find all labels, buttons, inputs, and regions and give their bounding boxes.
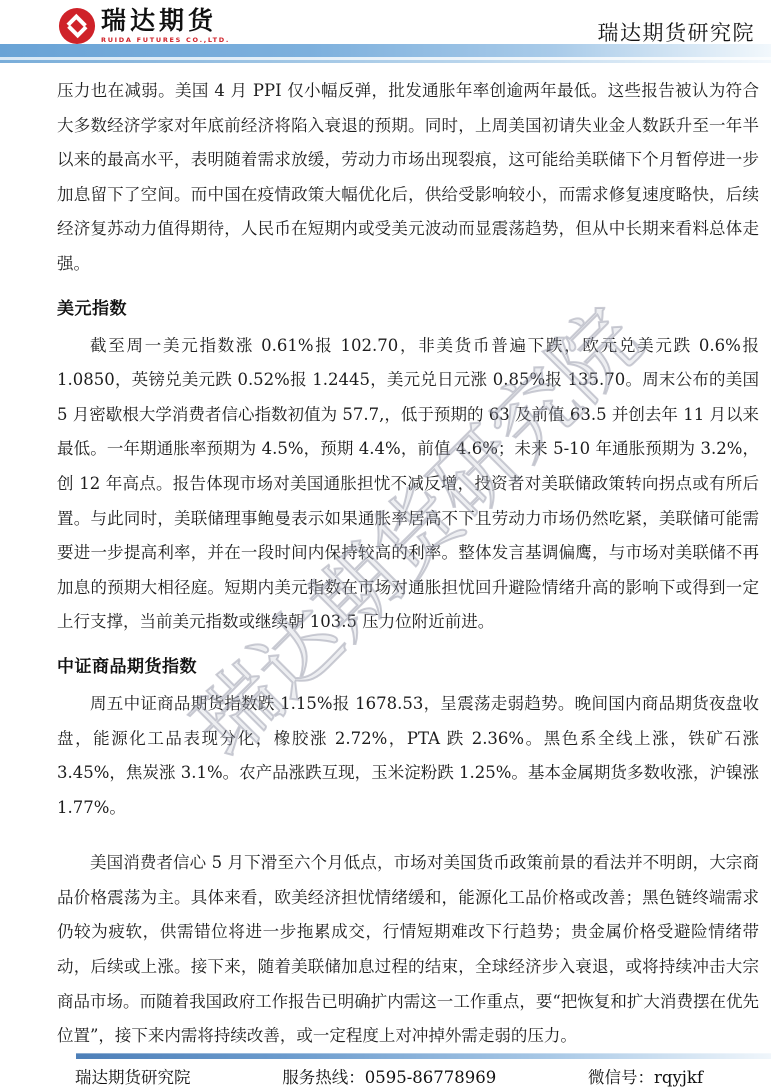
brand-text: 瑞达期货 RUIDA FUTURES CO.,LTD.: [101, 8, 230, 44]
brand-logo: 瑞达期货 RUIDA FUTURES CO.,LTD.: [58, 7, 230, 45]
intro-paragraph: 压力也在减弱。美国 4 月 PPI 仅小幅反弹，批发通胀年率创逾两年最低。这些报…: [57, 74, 759, 282]
usd-index-paragraph: 截至周一美元指数涨 0.61%报 102.70，非美货币普遍下跌，欧元兑美元跌 …: [57, 329, 759, 640]
footer-wechat-id: rqyjkf: [654, 1068, 703, 1087]
document-body: 压力也在减弱。美国 4 月 PPI 仅小幅反弹，批发通胀年率创逾两年最低。这些报…: [0, 63, 771, 1054]
footer-hotline-number: 0595-86778969: [365, 1068, 497, 1087]
page-footer: 瑞达期货研究院 服务热线：0595-86778969 微信号：rqyjkf: [0, 1048, 771, 1090]
csi-commodity-paragraph-2: 美国消费者信心 5 月下滑至六个月低点，市场对美国货币政策前景的看法并不明朗，大…: [57, 846, 759, 1054]
csi-commodity-paragraph-1: 周五中证商品期货指数跌 1.15%报 1678.53，呈震荡走弱趋势。晚间国内商…: [57, 687, 759, 825]
brand-name-cn: 瑞达期货: [101, 8, 230, 34]
footer-gradient-bar: [76, 1053, 771, 1059]
brand-name-en: RUIDA FUTURES CO.,LTD.: [101, 36, 230, 44]
footer-org: 瑞达期货研究院: [75, 1064, 191, 1088]
page-header: 瑞达期货 RUIDA FUTURES CO.,LTD. 瑞达期货研究院: [0, 0, 771, 44]
document-page: 瑞达期货 RUIDA FUTURES CO.,LTD. 瑞达期货研究院 瑞达期货…: [0, 0, 771, 1090]
section-heading-usd-index: 美元指数: [57, 297, 759, 321]
ruida-logo-icon: [58, 7, 96, 45]
section-heading-csi-commodity-index: 中证商品期货指数: [57, 655, 759, 679]
footer-hotline-label: 服务热线：: [282, 1068, 365, 1087]
header-institute-title: 瑞达期货研究院: [598, 17, 756, 47]
footer-row: 瑞达期货研究院 服务热线：0595-86778969 微信号：rqyjkf: [0, 1064, 771, 1088]
footer-wechat-label: 微信号：: [588, 1068, 654, 1087]
footer-wechat: 微信号：rqyjkf: [588, 1064, 703, 1088]
footer-hotline: 服务热线：0595-86778969: [282, 1064, 496, 1088]
